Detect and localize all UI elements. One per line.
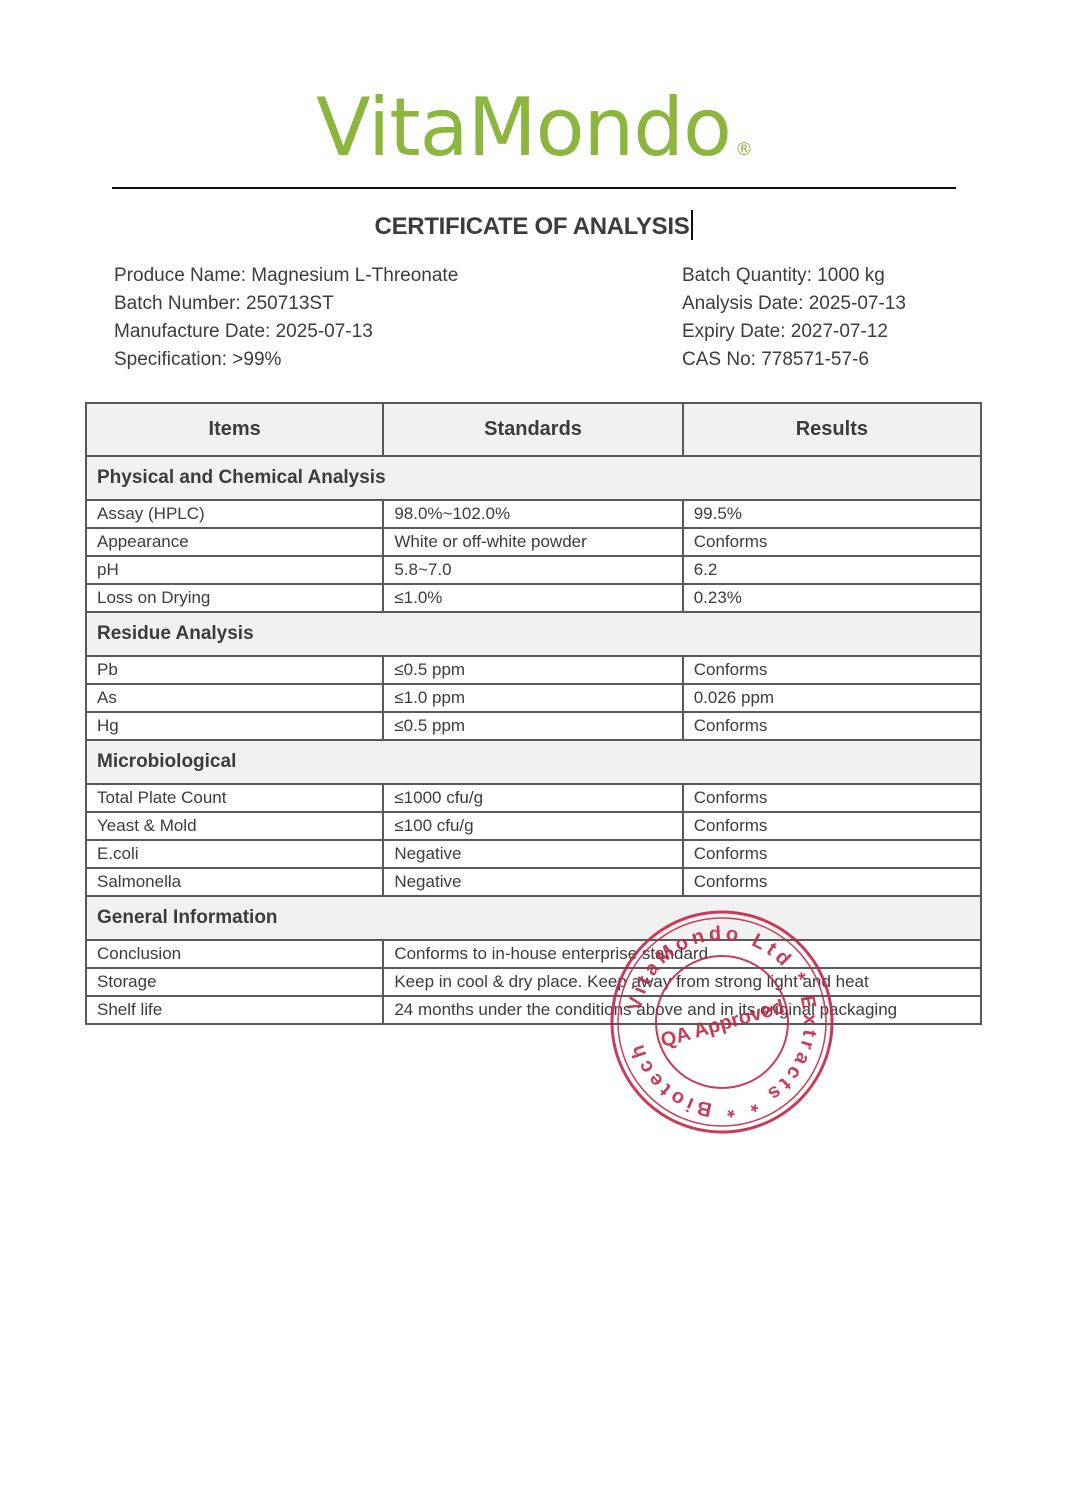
analysis-table: Items Standards Results Physical and Che…: [85, 402, 982, 1025]
document-title: CERTIFICATE OF ANALYSIS: [0, 210, 1068, 241]
table-row: Pb≤0.5 ppmConforms: [86, 656, 981, 684]
table-row: Loss on Drying≤1.0%0.23%: [86, 584, 981, 612]
section-row: General Information: [86, 896, 981, 940]
header-standards: Standards: [383, 403, 682, 456]
brand-name: VitaMondo: [316, 81, 731, 174]
item-cell: Hg: [86, 712, 383, 740]
item-cell: E.coli: [86, 840, 383, 868]
result-cell: 6.2: [683, 556, 981, 584]
standard-cell: ≤1000 cfu/g: [383, 784, 682, 812]
table-row: E.coliNegativeConforms: [86, 840, 981, 868]
registered-mark: ®: [735, 139, 752, 160]
standard-cell: Conforms to in-house enterprise standard: [383, 940, 981, 968]
standard-cell: Keep in cool & dry place. Keep away from…: [383, 968, 981, 996]
brand-logo: VitaMondo®: [0, 78, 1068, 178]
batch-quantity: Batch Quantity: 1000 kg: [682, 262, 906, 290]
table-row: Assay (HPLC)98.0%~102.0%99.5%: [86, 500, 981, 528]
standard-cell: Negative: [383, 868, 682, 896]
result-cell: Conforms: [683, 712, 981, 740]
item-cell: Conclusion: [86, 940, 383, 968]
item-cell: Storage: [86, 968, 383, 996]
product-info-left: Produce Name: Magnesium L-Threonate Batc…: [114, 262, 458, 374]
table-row: Total Plate Count≤1000 cfu/gConforms: [86, 784, 981, 812]
item-cell: Pb: [86, 656, 383, 684]
standard-cell: ≤100 cfu/g: [383, 812, 682, 840]
result-cell: Conforms: [683, 528, 981, 556]
table-row: pH5.8~7.06.2: [86, 556, 981, 584]
table-row: As≤1.0 ppm0.026 ppm: [86, 684, 981, 712]
analysis-date: Analysis Date: 2025-07-13: [682, 290, 906, 318]
item-cell: Yeast & Mold: [86, 812, 383, 840]
result-cell: 0.026 ppm: [683, 684, 981, 712]
section-title: General Information: [86, 896, 981, 940]
item-cell: Shelf life: [86, 996, 383, 1024]
item-cell: Assay (HPLC): [86, 500, 383, 528]
section-row: Microbiological: [86, 740, 981, 784]
standard-cell: 5.8~7.0: [383, 556, 682, 584]
expiry-date: Expiry Date: 2027-07-12: [682, 318, 906, 346]
table-row: Yeast & Mold≤100 cfu/gConforms: [86, 812, 981, 840]
table-row: StorageKeep in cool & dry place. Keep aw…: [86, 968, 981, 996]
header-results: Results: [683, 403, 981, 456]
result-cell: Conforms: [683, 784, 981, 812]
standard-cell: ≤0.5 ppm: [383, 712, 682, 740]
result-cell: 0.23%: [683, 584, 981, 612]
header-items: Items: [86, 403, 383, 456]
table-row: Hg≤0.5 ppmConforms: [86, 712, 981, 740]
standard-cell: 98.0%~102.0%: [383, 500, 682, 528]
table-row: ConclusionConforms to in-house enterpris…: [86, 940, 981, 968]
product-info-right: Batch Quantity: 1000 kg Analysis Date: 2…: [682, 262, 906, 374]
section-title: Residue Analysis: [86, 612, 981, 656]
document-title-text: CERTIFICATE OF ANALYSIS: [375, 213, 690, 240]
batch-number: Batch Number: 250713ST: [114, 290, 458, 318]
specification: Specification: >99%: [114, 346, 458, 374]
result-cell: Conforms: [683, 656, 981, 684]
product-name: Produce Name: Magnesium L-Threonate: [114, 262, 458, 290]
standard-cell: ≤1.0 ppm: [383, 684, 682, 712]
section-title: Microbiological: [86, 740, 981, 784]
item-cell: Appearance: [86, 528, 383, 556]
result-cell: Conforms: [683, 840, 981, 868]
text-cursor: [691, 210, 693, 240]
result-cell: Conforms: [683, 812, 981, 840]
section-row: Residue Analysis: [86, 612, 981, 656]
table-row: Shelf life24 months under the conditions…: [86, 996, 981, 1024]
standard-cell: White or off-white powder: [383, 528, 682, 556]
table-row: SalmonellaNegativeConforms: [86, 868, 981, 896]
item-cell: Total Plate Count: [86, 784, 383, 812]
standard-cell: ≤1.0%: [383, 584, 682, 612]
item-cell: pH: [86, 556, 383, 584]
section-title: Physical and Chemical Analysis: [86, 456, 981, 500]
standard-cell: Negative: [383, 840, 682, 868]
standard-cell: ≤0.5 ppm: [383, 656, 682, 684]
item-cell: As: [86, 684, 383, 712]
table-header-row: Items Standards Results: [86, 403, 981, 456]
manufacture-date: Manufacture Date: 2025-07-13: [114, 318, 458, 346]
cas-number: CAS No: 778571-57-6: [682, 346, 906, 374]
section-row: Physical and Chemical Analysis: [86, 456, 981, 500]
table-row: AppearanceWhite or off-white powderConfo…: [86, 528, 981, 556]
standard-cell: 24 months under the conditions above and…: [383, 996, 981, 1024]
header-divider: [112, 187, 956, 189]
item-cell: Loss on Drying: [86, 584, 383, 612]
result-cell: 99.5%: [683, 500, 981, 528]
result-cell: Conforms: [683, 868, 981, 896]
item-cell: Salmonella: [86, 868, 383, 896]
